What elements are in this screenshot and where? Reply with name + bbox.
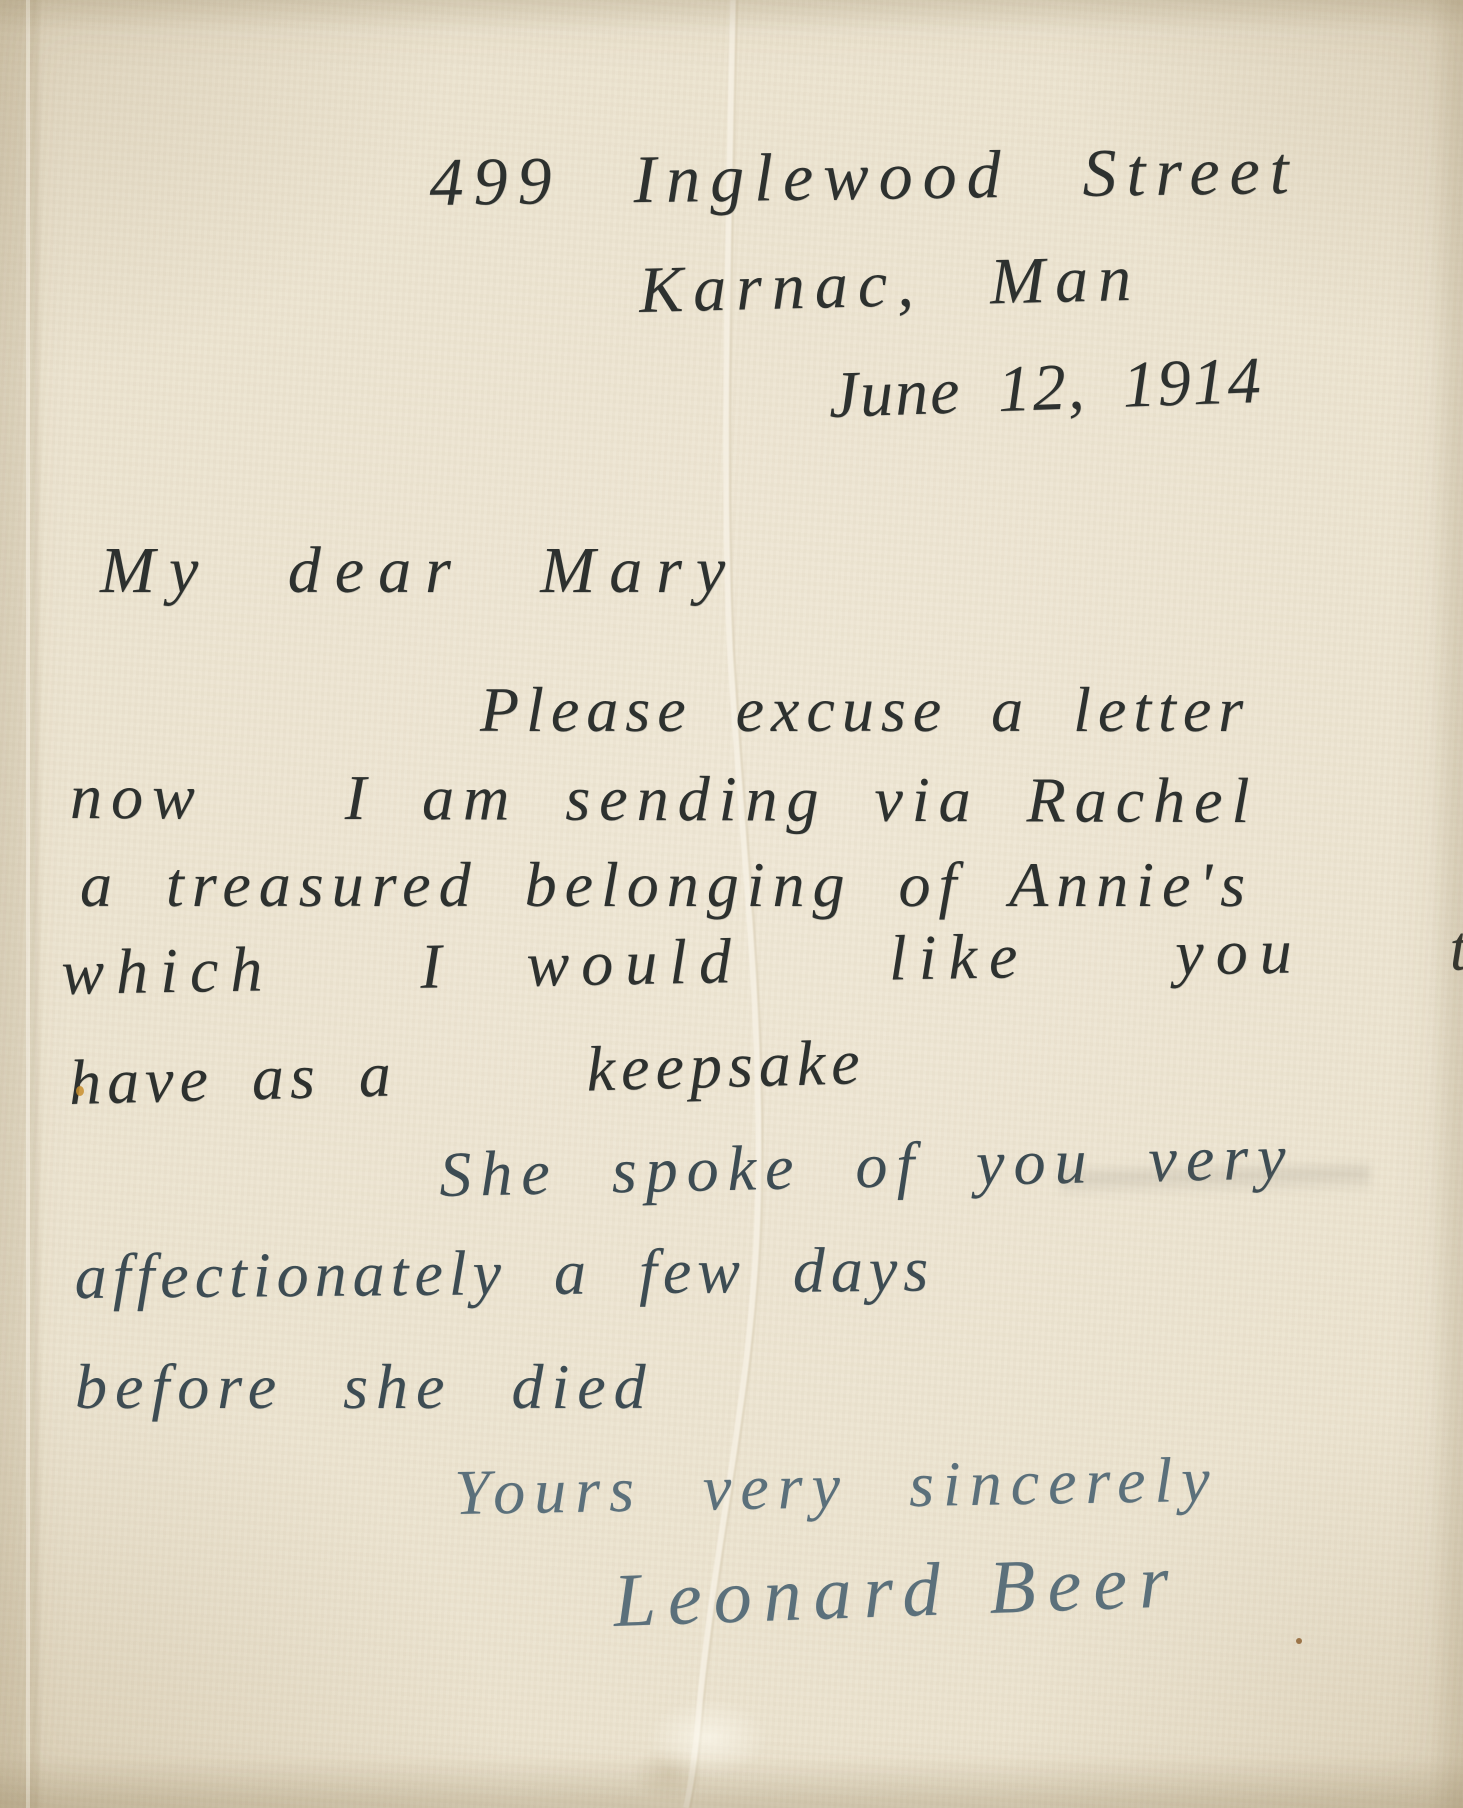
body-line-5: have as a keepsake xyxy=(68,1027,866,1118)
closing: Yours very sincerely xyxy=(454,1445,1219,1529)
salutation: My dear Mary xyxy=(100,535,739,608)
pencil-smudge xyxy=(1060,1159,1371,1198)
body-line-3: a treasured belonging of Annie's xyxy=(80,850,1253,920)
fold-crumple xyxy=(620,1690,780,1808)
body-line-7: affectionately a few days xyxy=(74,1235,934,1313)
date-line: June 12, 1914 xyxy=(827,345,1263,433)
body-line-4: which I would like you to xyxy=(61,912,1463,1008)
sender-address-line-1: 499 Inglewood Street xyxy=(429,133,1299,220)
paper-speck-rust xyxy=(1296,1638,1302,1644)
sender-address-line-2: Karnac, Man xyxy=(638,243,1142,328)
signature: Leonard Beer xyxy=(612,1540,1182,1643)
letter-page: 499 Inglewood Street Karnac, Man June 12… xyxy=(0,0,1463,1808)
body-line-1: Please excuse a letter xyxy=(480,675,1250,745)
paper-speck-amber xyxy=(76,1086,84,1096)
body-line-8: before she died xyxy=(75,1352,654,1422)
body-line-2: now I am sending via Rachel xyxy=(70,762,1258,837)
